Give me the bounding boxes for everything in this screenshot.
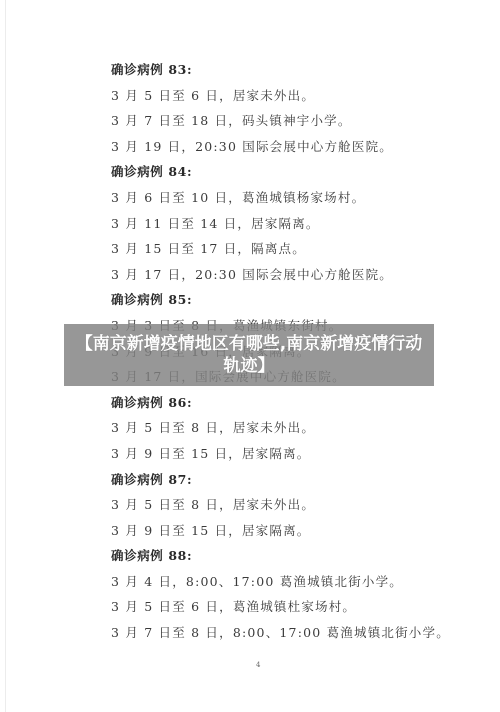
page-edge-divider [5,0,6,712]
case-heading: 确诊病例 85: [111,287,471,313]
case-entry: 3 月 5 日至 8 日，居家未外出。 [111,415,471,441]
case-heading: 确诊病例 83: [111,57,471,83]
overlay-title: 【南京新增疫情地区有哪些,南京新增疫情行动轨迹】 [64,333,434,377]
case-entry: 3 月 9 日至 15 日，居家隔离。 [111,518,471,544]
case-entry: 3 月 11 日至 14 日，居家隔离。 [111,211,471,237]
case-entry: 3 月 5 日至 8 日，居家未外出。 [111,492,471,518]
case-heading: 确诊病例 88: [111,543,471,569]
case-entry: 3 月 6 日至 10 日，葛渔城镇杨家场村。 [111,185,471,211]
page-number: 4 [256,661,260,669]
case-entry: 3 月 7 日至 18 日，码头镇神宇小学。 [111,108,471,134]
case-heading: 确诊病例 84: [111,159,471,185]
document-page: 确诊病例 83: 3 月 5 日至 6 日，居家未外出。 3 月 7 日至 18… [0,0,500,712]
case-heading: 确诊病例 86: [111,390,471,416]
case-entry: 3 月 5 日至 6 日，居家未外出。 [111,83,471,109]
case-entry: 3 月 4 日，8:00、17:00 葛渔城镇北街小学。 [111,569,471,595]
case-entry: 3 月 19 日，20:30 国际会展中心方舱医院。 [111,134,471,160]
title-overlay-banner: 【南京新增疫情地区有哪些,南京新增疫情行动轨迹】 [64,324,434,386]
case-entry: 3 月 17 日，20:30 国际会展中心方舱医院。 [111,262,471,288]
case-heading: 确诊病例 87: [111,467,471,493]
case-entry: 3 月 5 日至 6 日，葛渔城镇杜家场村。 [111,594,471,620]
case-entry: 3 月 9 日至 15 日，居家隔离。 [111,441,471,467]
case-entry: 3 月 7 日至 8 日，8:00、17:00 葛渔城镇北街小学。 [111,620,471,646]
case-entry: 3 月 15 日至 17 日，隔离点。 [111,236,471,262]
